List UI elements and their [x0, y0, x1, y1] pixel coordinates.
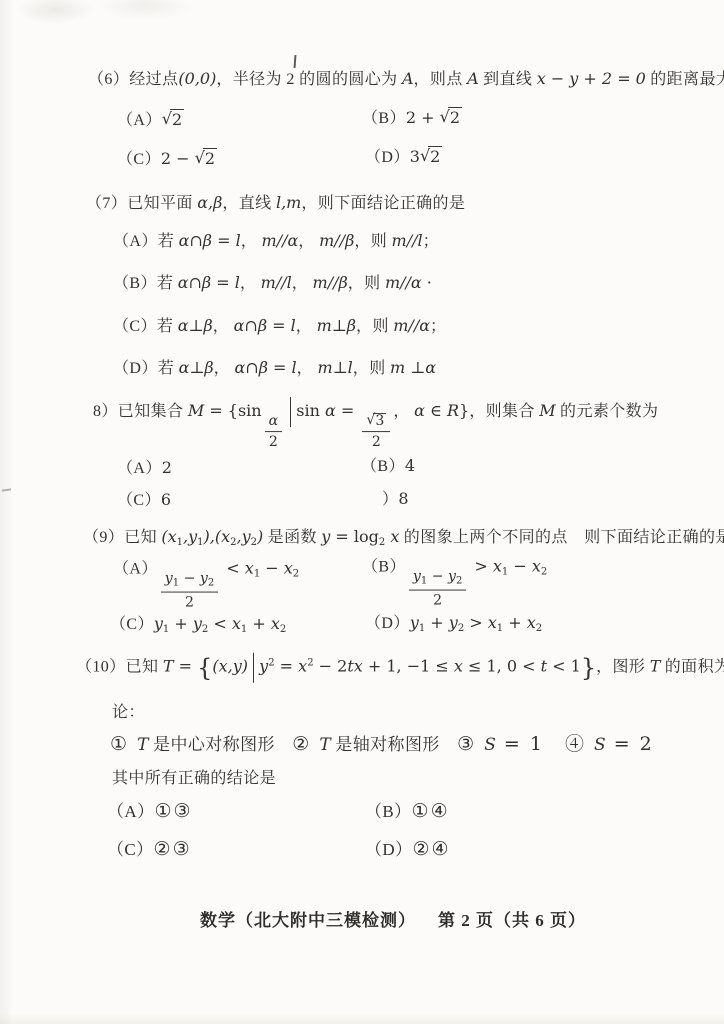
question-9-option-b: （B）y1 − y22 > x1 − x2: [362, 557, 547, 608]
question-8-option-c: （C）6: [117, 490, 171, 511]
question-10-option-b: （B）①④: [365, 800, 450, 824]
question-7-option-a: （A）若 α∩β = l， m//α， m//β，则 m//l；: [113, 231, 439, 252]
scan-stray-dash: [2, 488, 11, 491]
question-10-option-c: （C）②③: [107, 838, 192, 862]
question-7-option-d: （D）若 α⊥β， α∩β = l， m⊥l，则 m ⊥α: [113, 358, 436, 379]
footer-page-number: 第 2 页（共 6 页）: [438, 911, 586, 930]
question-9-option-a: （A）y1 − y22 < x1 − x2: [113, 559, 299, 610]
question-6-stem: （6）经过点(0,0)，半径为 2 的圆的圆心为 A，则点 A 到直线 x − …: [88, 69, 724, 90]
question-10-option-a: （A）①③: [107, 800, 193, 824]
footer-exam-title: 数学（北大附中三模检测）: [200, 911, 416, 930]
question-6-option-d: （D）3√2: [365, 146, 442, 168]
question-8-stem: 8）已知集合 M = {sinα2sin α = √32， α ∈ R}，则集合…: [93, 397, 658, 449]
question-9-stem: （9）已知 (x1,y1),(x2,y2) 是函数 y = log2 x 的图象…: [83, 527, 724, 550]
question-8-option-d: ）8: [382, 489, 409, 510]
question-7-option-b: （B）若 α∩β = l， m//l， m//β，则 m//α ·: [113, 273, 432, 294]
question-6-option-a: （A）√2: [117, 109, 184, 131]
question-6-option-b: （B）2 + √2: [362, 107, 462, 129]
question-9-option-c: （C）y1 + y2 < x1 + x2: [110, 614, 286, 637]
question-8-option-a: （A）2: [117, 458, 172, 479]
scan-smudge: [98, 0, 193, 20]
scan-smudge: [16, 0, 94, 24]
question-10-stem: （10）已知 T = {(x,y)y2 = x2 − 2tx + 1, −1 ≤…: [76, 653, 724, 683]
page-footer: 数学（北大附中三模检测）第 2 页（共 6 页）: [200, 906, 586, 931]
question-10-stem-continued: 论：: [112, 703, 145, 723]
question-7-option-c: （C）若 α⊥β， α∩β = l， m⊥β，则 m//α；: [113, 316, 446, 337]
question-10-option-d: （D）②④: [365, 838, 451, 862]
question-10-summary: 其中所有正确的结论是: [112, 769, 276, 789]
question-8-option-b: （B）4: [361, 456, 415, 477]
question-7-stem: （7）已知平面 α,β，直线 l,m，则下面结论正确的是: [86, 193, 465, 214]
question-6-option-c: （C）2 − √2: [117, 148, 217, 170]
exam-page: （6）经过点(0,0)，半径为 2 的圆的圆心为 A，则点 A 到直线 x − …: [0, 0, 724, 1024]
scan-stray-mark: [294, 55, 297, 68]
question-10-conclusions: ① T 是中心对称图形 ② T 是轴对称图形 ③ S = 1 ④ S = 2: [110, 733, 654, 757]
question-9-option-d: （D）y1 + y2 > x1 + x2: [365, 613, 542, 636]
